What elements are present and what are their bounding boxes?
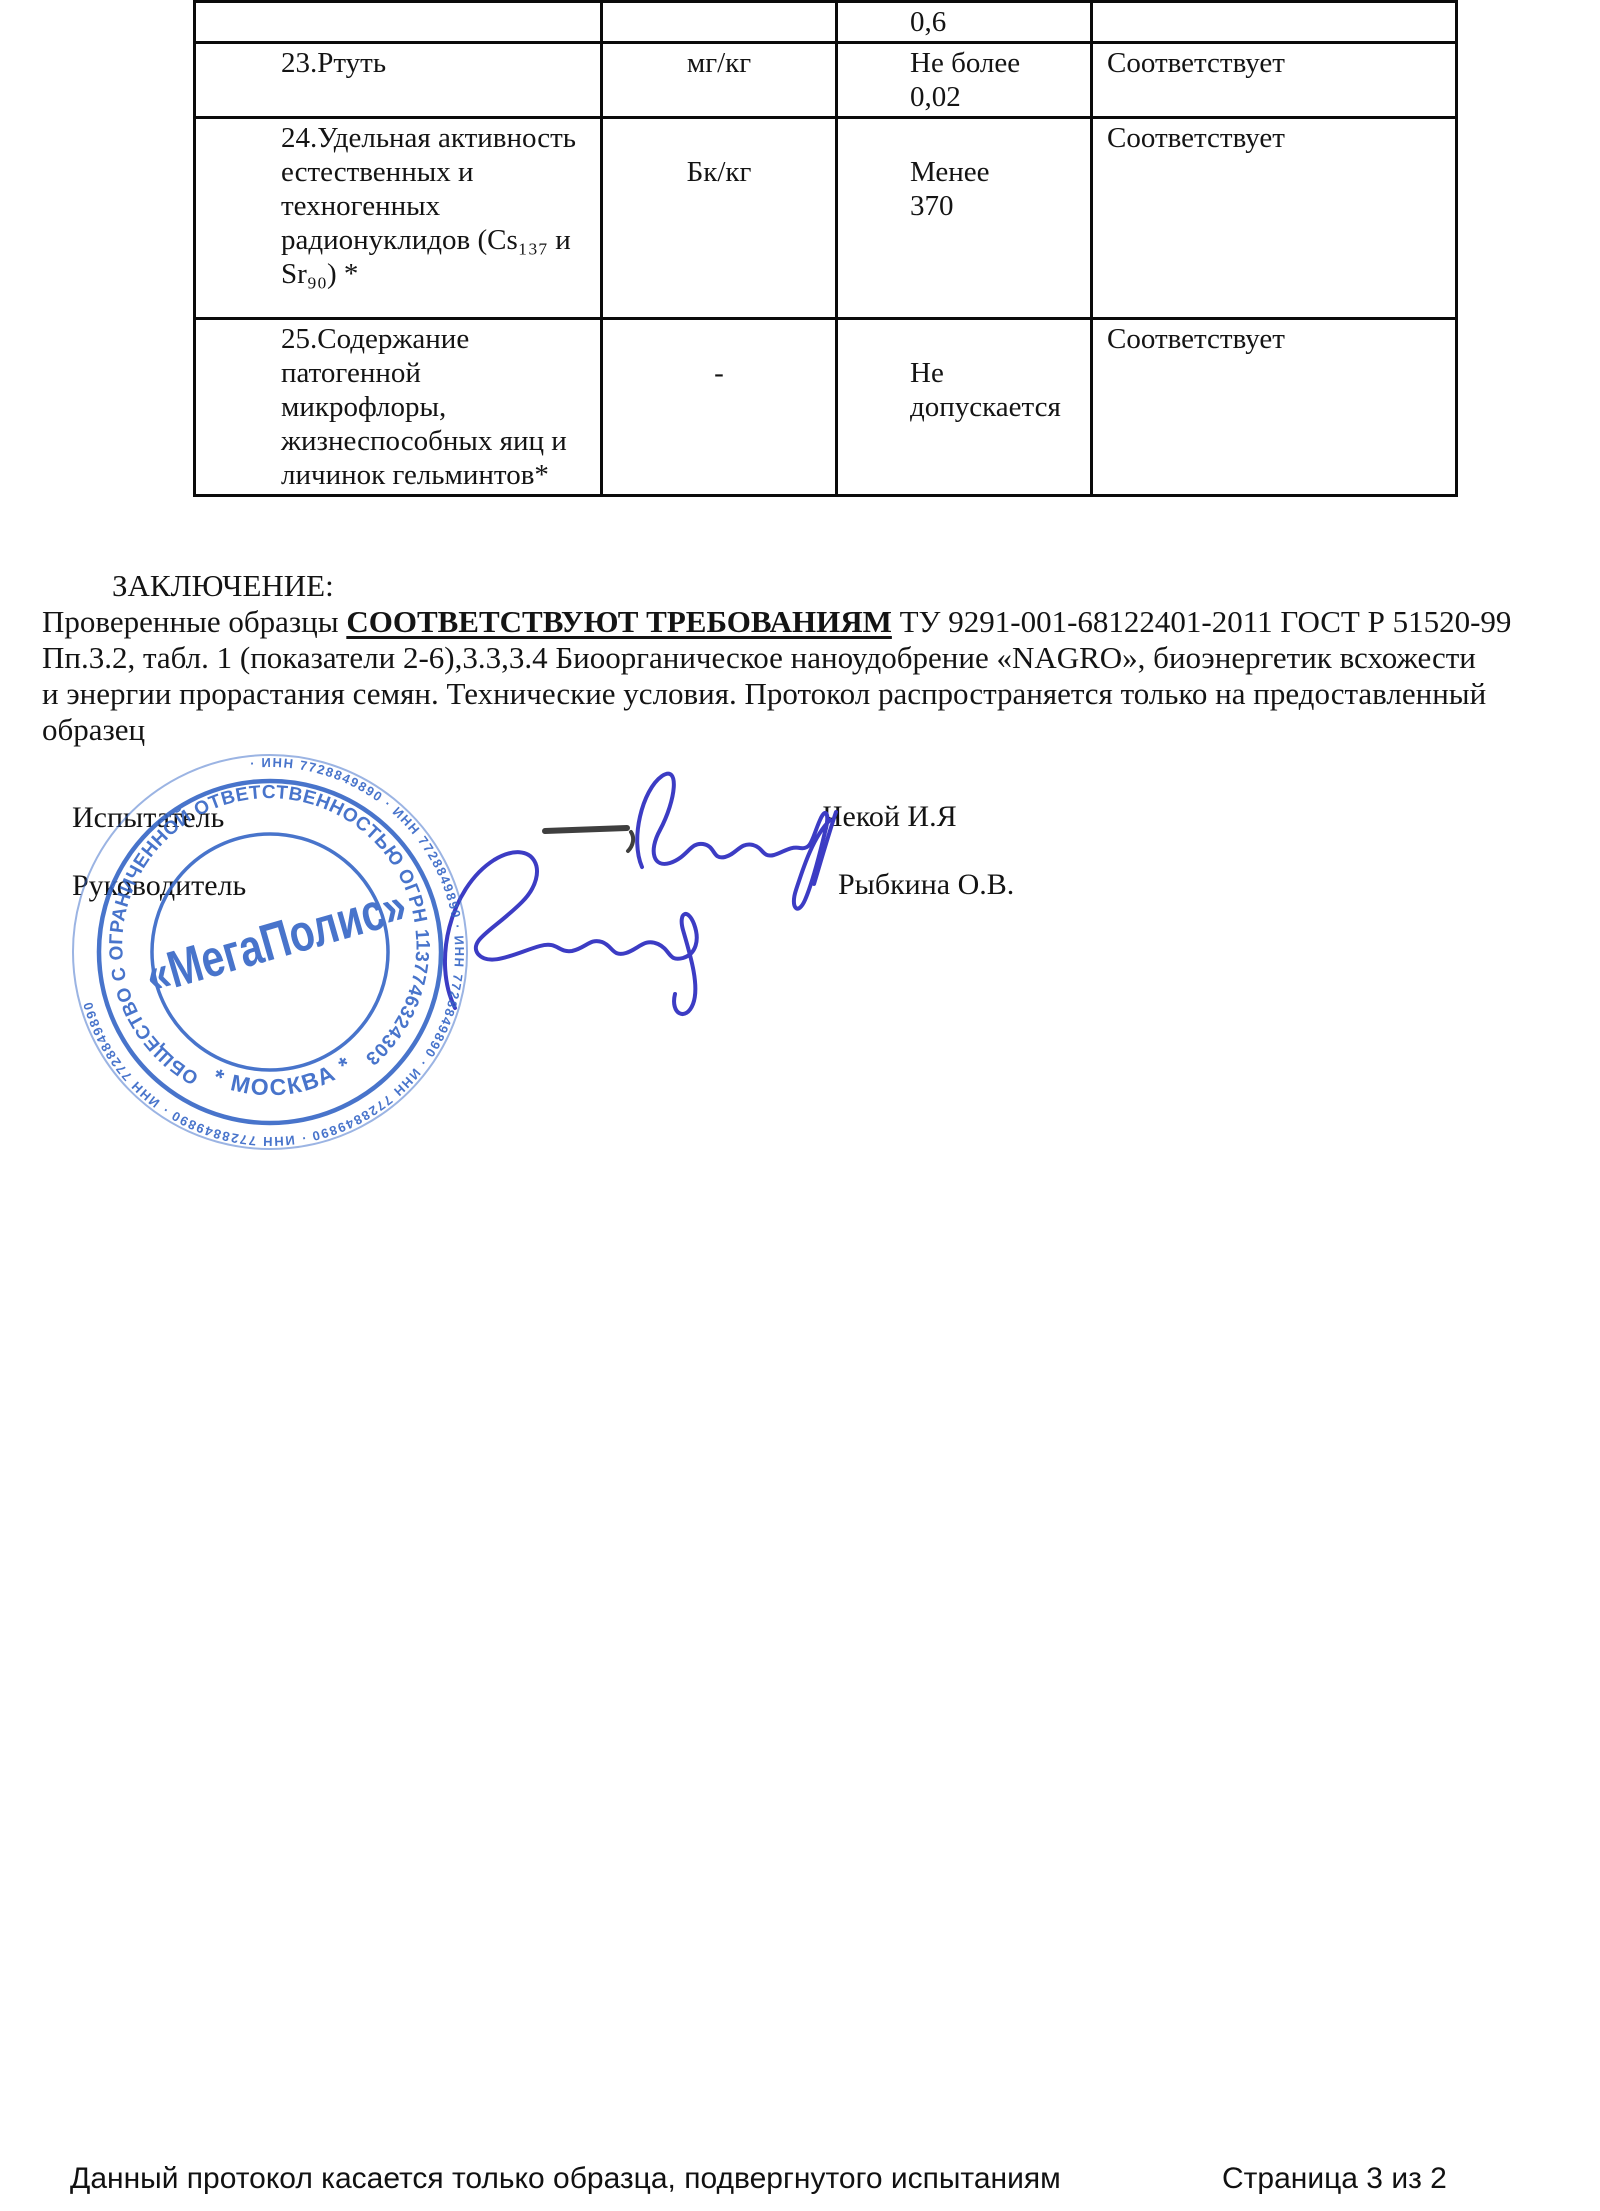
cell-requirement: Не более 0,02 bbox=[837, 43, 1092, 118]
cell-result: Соответствует bbox=[1092, 43, 1457, 118]
table-row: 24.Удельная активность естественных и те… bbox=[195, 118, 1457, 319]
conclusion-paragraph: Проверенные образцы СООТВЕТСТВУЮТ ТРЕБОВ… bbox=[42, 604, 1562, 748]
cell-result: Соответствует bbox=[1092, 118, 1457, 319]
signature-comma bbox=[628, 832, 633, 851]
conclusion-verdict: СООТВЕТСТВУЮТ ТРЕБОВАНИЯМ bbox=[346, 604, 892, 639]
table-row: 23.Ртуть мг/кг Не более 0,02 Соответству… bbox=[195, 43, 1457, 118]
test-results-table: 0,6 23.Ртуть мг/кг Не более 0,02 Соответ… bbox=[193, 0, 1458, 497]
handwritten-signatures bbox=[400, 730, 1020, 1040]
cell-unit: мг/кг bbox=[602, 43, 837, 118]
cell-indicator bbox=[195, 2, 602, 43]
cell-result: Соответствует bbox=[1092, 319, 1457, 496]
footer-page-number: Страница 3 из 2 bbox=[1222, 2161, 1447, 2197]
cell-indicator: 23.Ртуть bbox=[195, 43, 602, 118]
cell-result bbox=[1092, 2, 1457, 43]
cell-requirement: 0,6 bbox=[837, 2, 1092, 43]
conclusion-line-1: Проверенные образцы СООТВЕТСТВУЮТ ТРЕБОВ… bbox=[42, 604, 1562, 640]
cell-requirement: Не допускается bbox=[837, 319, 1092, 496]
footer-note: Данный протокол касается только образца,… bbox=[70, 2161, 1061, 2197]
protocol-page: 0,6 23.Ртуть мг/кг Не более 0,02 Соответ… bbox=[0, 0, 1600, 2211]
conclusion-heading: ЗАКЛЮЧЕНИЕ: bbox=[112, 568, 334, 604]
conclusion-line1-post: ТУ 9291-001-68122401-2011 ГОСТ Р 51520-9… bbox=[892, 604, 1512, 639]
table-row: 0,6 bbox=[195, 2, 1457, 43]
cell-indicator: 25.Содержание патогенной микрофлоры, жиз… bbox=[195, 319, 602, 496]
head-signature bbox=[445, 852, 697, 1014]
cell-unit bbox=[602, 2, 837, 43]
cell-unit: Бк/кг bbox=[602, 118, 837, 319]
cell-indicator: 24.Удельная активность естественных и те… bbox=[195, 118, 602, 319]
table-row: 25.Содержание патогенной микрофлоры, жиз… bbox=[195, 319, 1457, 496]
stamp-city-text: * МОСКВА * bbox=[207, 1049, 359, 1107]
conclusion-line-2: Пп.3.2, табл. 1 (показатели 2-6),3.3,3.4… bbox=[42, 640, 1562, 676]
company-stamp: · ИНН 7728849890 · ИНН 7728849890 · ИНН … bbox=[60, 742, 480, 1162]
stamp-center-text: «МегаПолис» bbox=[139, 876, 413, 1006]
conclusion-line1-pre: Проверенные образцы bbox=[42, 604, 346, 639]
tester-signature bbox=[637, 774, 830, 909]
cell-requirement: Менее 370 bbox=[837, 118, 1092, 319]
conclusion-line-3: и энергии прорастания семян. Технические… bbox=[42, 676, 1562, 712]
signature-dash bbox=[545, 828, 627, 831]
cell-unit: - bbox=[602, 319, 837, 496]
